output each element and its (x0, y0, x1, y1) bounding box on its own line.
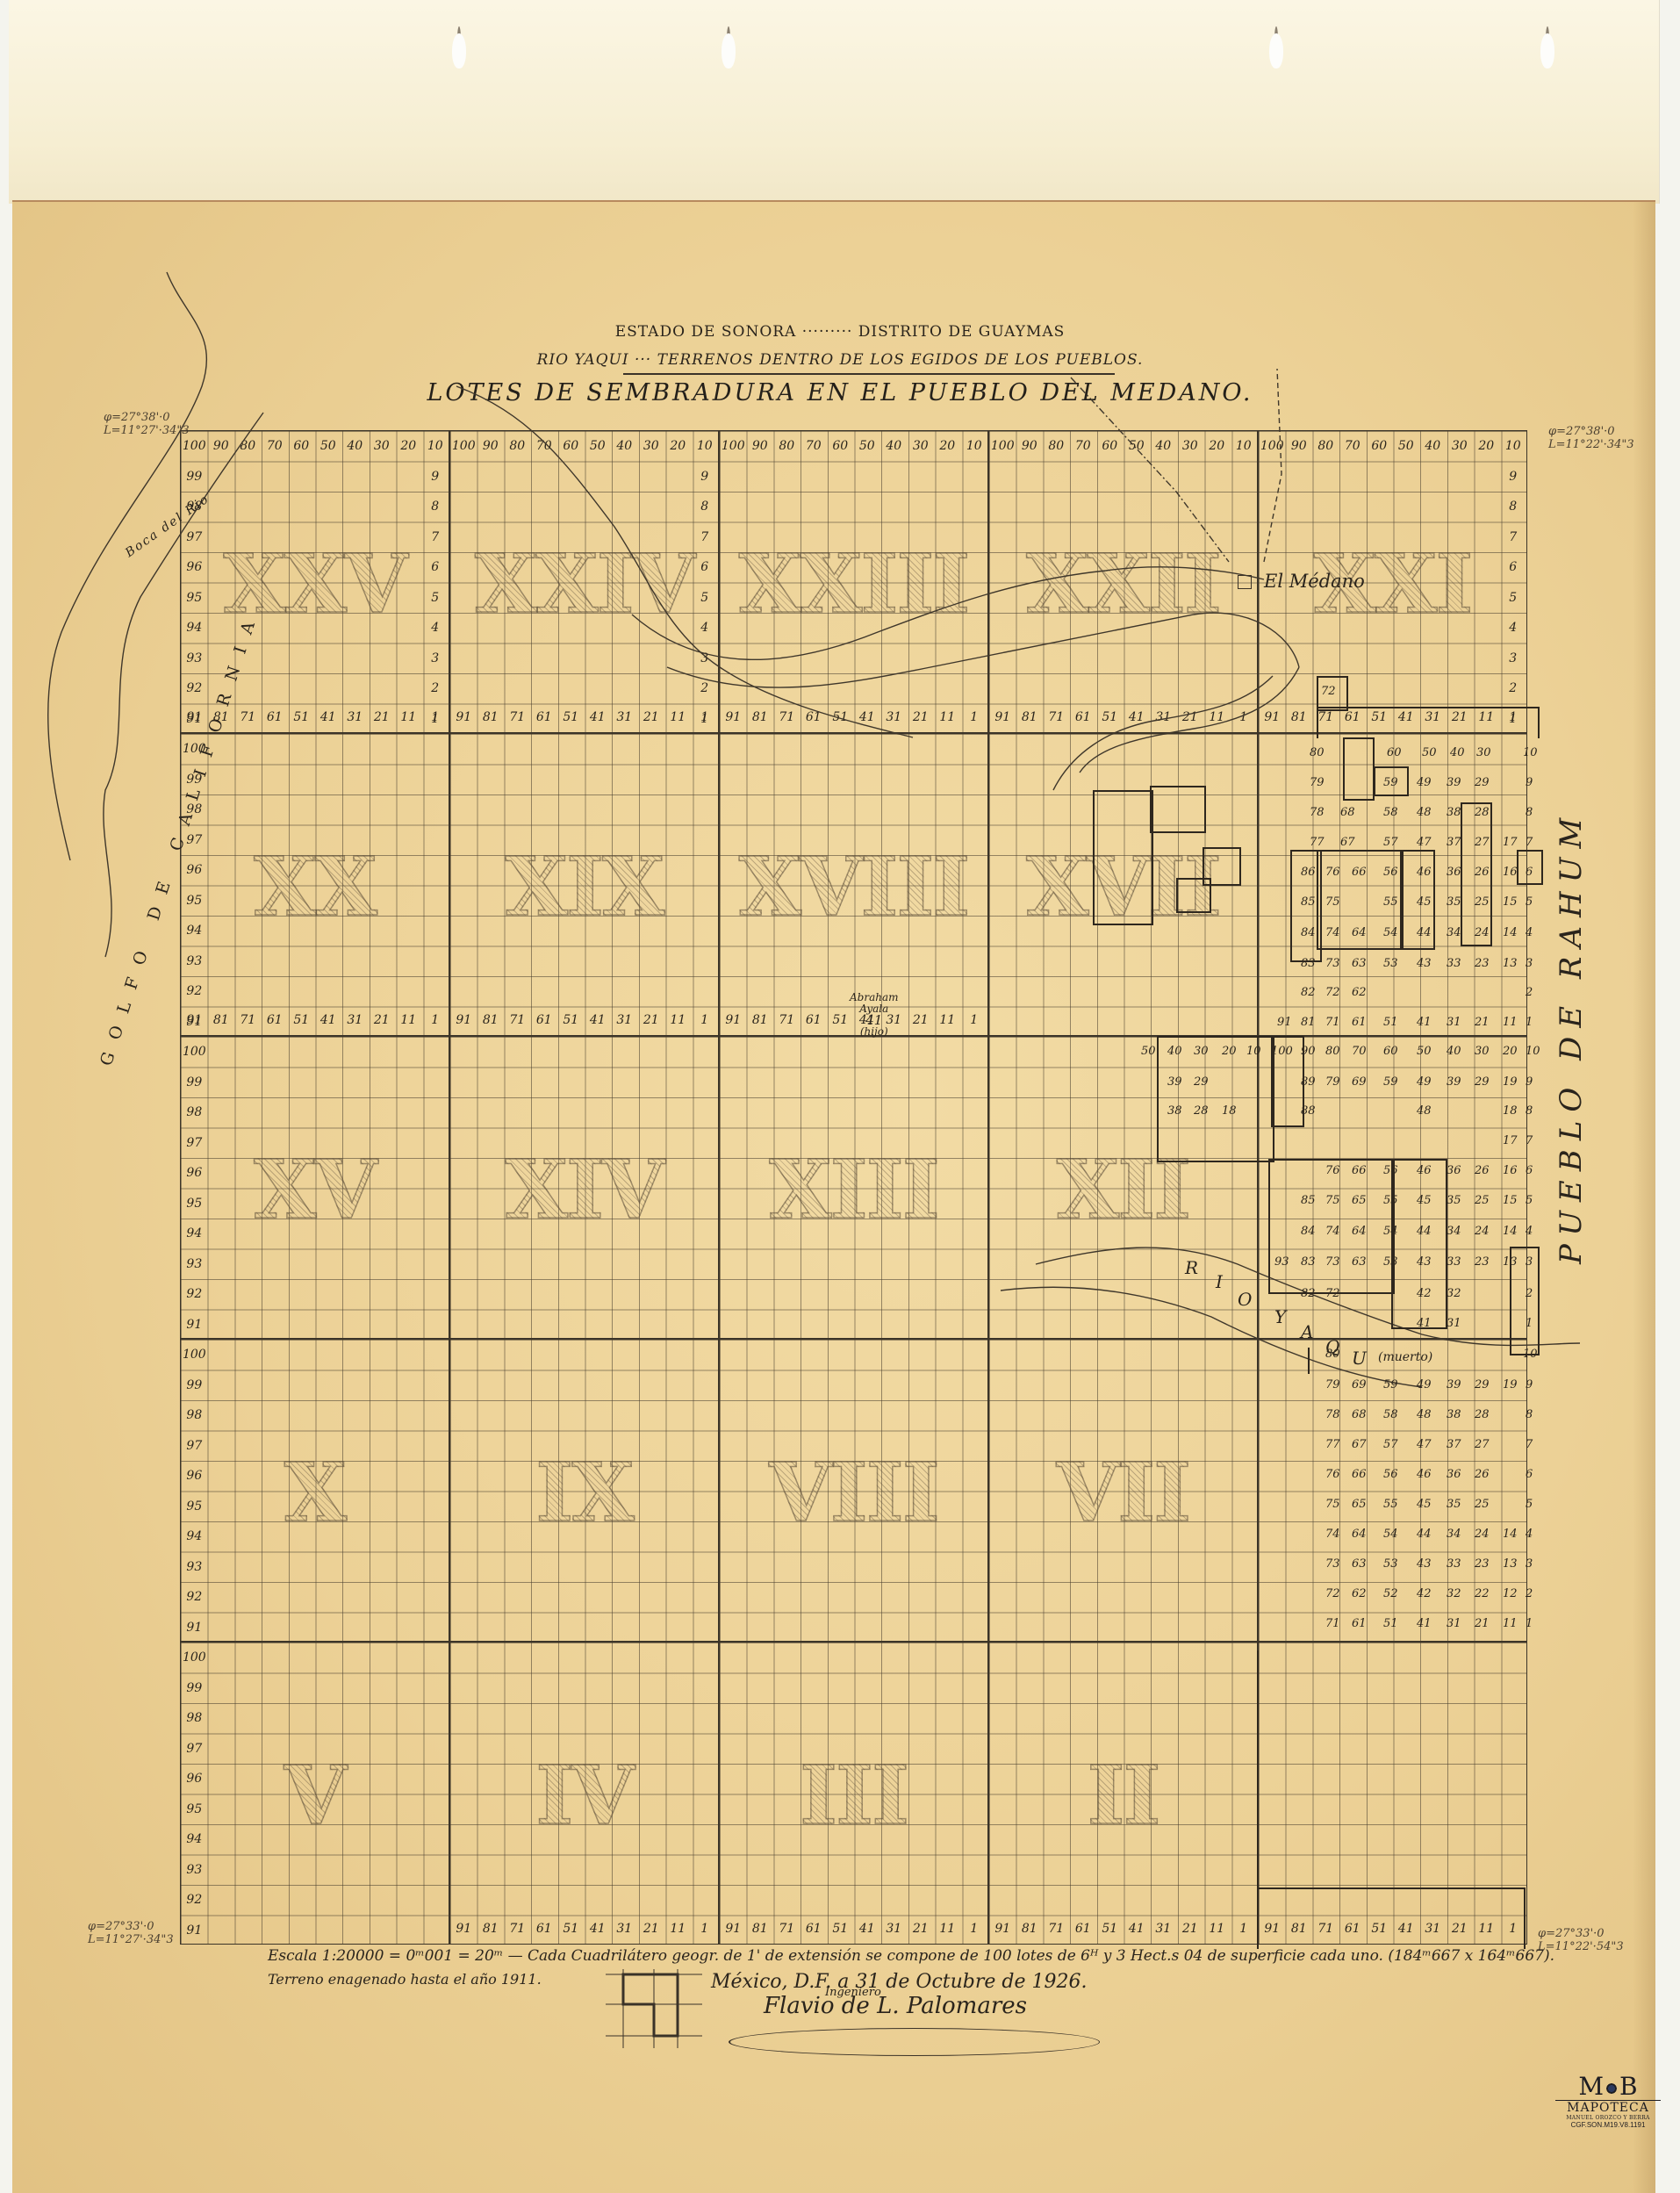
lot-number: 59 (1383, 1378, 1398, 1391)
column-label: 81 (1286, 702, 1313, 733)
lot-number: 76 (1325, 1468, 1340, 1481)
lot-number: 4 (1526, 1225, 1533, 1238)
column-label: 21 (369, 702, 396, 733)
lot-number: 12 (1503, 1587, 1518, 1600)
column-label: 91 (450, 702, 477, 733)
column-label: 81 (747, 702, 774, 733)
column-label: 31 (611, 702, 638, 733)
column-label: 41 (315, 1005, 342, 1036)
owned-lot-outline (1343, 737, 1375, 801)
binding-hole (1540, 33, 1554, 68)
archive-subname: MANUEL OROZCO Y BERRA (1555, 2115, 1661, 2121)
lot-number: 13 (1503, 957, 1518, 970)
column-label: 50 (1124, 431, 1151, 462)
block-footer-row: 9181716151413121111 (450, 1005, 718, 1036)
row-label: 91 (181, 1621, 208, 1635)
column-label: 70 (262, 431, 289, 462)
column-label: 31 (611, 1005, 638, 1036)
lot-number: 49 (1417, 776, 1432, 789)
lot-number: 11 (1503, 1016, 1518, 1029)
header-rule (623, 373, 1115, 375)
lot-number: 48 (1417, 1408, 1432, 1421)
block-footer-row: 9181716151413121111 (450, 1914, 718, 1945)
lot-number: 14 (1503, 1528, 1518, 1541)
lot-block: 1009080706050403020109181716151413121111… (988, 430, 1258, 733)
column-label: 60 (288, 431, 315, 462)
column-label: 90 (208, 431, 235, 462)
lot-number: 69 (1352, 1075, 1367, 1089)
lot-number: 24 (1475, 1225, 1490, 1238)
lot-number: 14 (1503, 926, 1518, 939)
block-roman-numeral: XXV (181, 536, 449, 631)
column-label: 80 (773, 431, 801, 462)
column-label: 91 (989, 702, 1016, 733)
lot-number: 64 (1352, 1528, 1367, 1541)
row-label: 99 (181, 1075, 208, 1089)
column-label: 41 (1124, 702, 1151, 733)
state-label: ESTADO DE SONORA (615, 323, 797, 341)
column-label: 41 (1124, 1914, 1151, 1945)
column-label: 40 (1150, 431, 1177, 462)
lot-number: 5 (1526, 1194, 1533, 1207)
lot-number: 39 (1447, 776, 1461, 789)
lot-number: 4 (1526, 926, 1533, 939)
column-label: 21 (638, 1914, 665, 1945)
lot-number: 25 (1475, 1498, 1490, 1511)
row-label: 100 (181, 1650, 208, 1665)
lot-number: 62 (1352, 1587, 1367, 1600)
row-label: 98 (181, 1105, 208, 1119)
column-label: 61 (531, 1914, 558, 1945)
lot-number: 36 (1447, 1164, 1461, 1177)
block-header-row: 100908070605040302010 (1259, 431, 1526, 462)
lot-number: 33 (1447, 1255, 1461, 1269)
lot-number: 24 (1475, 1528, 1490, 1541)
column-label: 61 (531, 1005, 558, 1036)
lot-number: 36 (1447, 1468, 1461, 1481)
row-label: 3 (1499, 651, 1526, 665)
block-roman-numeral: IV (450, 1748, 718, 1843)
lot-number: 81 (1301, 1016, 1316, 1029)
column-label: 20 (1473, 431, 1500, 462)
lot-number: 29 (1475, 1075, 1490, 1089)
column-label: 21 (638, 702, 665, 733)
column-label: 60 (1366, 431, 1393, 462)
row-label: 3 (421, 651, 449, 665)
lot-number: 57 (1383, 836, 1398, 849)
coord-bottom-left: φ=27°33'·0L=11°27'·34"3 (88, 1920, 174, 1946)
owned-lot-outline (1317, 850, 1404, 950)
column-label: 31 (341, 1005, 369, 1036)
lot-number: 16 (1503, 1164, 1518, 1177)
lot-number: 80 (1325, 1045, 1340, 1058)
column-label: 30 (638, 431, 665, 462)
column-label: 21 (1177, 702, 1204, 733)
row-label: 92 (181, 1287, 208, 1301)
column-label: 31 (880, 702, 908, 733)
block-roman-numeral: XVIII (720, 839, 987, 934)
column-label: 21 (369, 1005, 396, 1036)
lot-number: 16 (1503, 866, 1518, 879)
column-label: 31 (341, 702, 369, 733)
column-label: 71 (773, 702, 801, 733)
owned-lot-outline (1461, 802, 1492, 946)
lot-number: 82 (1301, 986, 1316, 999)
lot-block: VII (988, 1339, 1258, 1642)
column-label: 51 (1096, 702, 1124, 733)
row-label: 9 (1499, 470, 1526, 484)
lot-block: 100999897969594939291XV (180, 1036, 449, 1339)
block-roman-numeral: III (720, 1748, 987, 1843)
column-label: 40 (880, 431, 908, 462)
lot-number: 8 (1526, 1104, 1533, 1118)
lot-block: 9181716151413121111XIX (449, 733, 719, 1036)
block-roman-numeral: X (181, 1445, 449, 1540)
row-label: 1 (691, 712, 718, 726)
row-label: 99 (181, 1681, 208, 1695)
lot-number: 26 (1475, 1468, 1490, 1481)
lot-number: 79 (1325, 1075, 1340, 1089)
column-label: 40 (341, 431, 369, 462)
lot-number: 21 (1475, 1617, 1490, 1630)
owned-lot-outline (1093, 790, 1153, 925)
row-label: 2 (421, 681, 449, 695)
column-label: 50 (585, 431, 612, 462)
lot-number: 46 (1417, 1468, 1432, 1481)
column-label: 80 (1312, 431, 1339, 462)
map-title: LOTES DE SEMBRADURA EN EL PUEBLO DEL MED… (0, 379, 1680, 406)
lot-number: 15 (1503, 1194, 1518, 1207)
lot-number: 60 (1387, 746, 1402, 759)
lot-number: 1 (1526, 1016, 1533, 1029)
column-label: 91 (720, 702, 747, 733)
column-label: 51 (557, 1005, 585, 1036)
lot-block: IX (449, 1339, 719, 1642)
column-label: 61 (801, 702, 828, 733)
lot-number: 21 (1475, 1016, 1490, 1029)
lot-number: 74 (1325, 1528, 1340, 1541)
owned-lot-outline (1150, 786, 1206, 833)
owned-lot-outline (1517, 850, 1543, 885)
column-label: 81 (1016, 1914, 1044, 1945)
row-label: 91 (181, 1318, 208, 1332)
column-label: 70 (801, 431, 828, 462)
lot-number: 49 (1417, 1075, 1432, 1089)
column-label: 50 (315, 431, 342, 462)
lot-number: 40 (1447, 1045, 1461, 1058)
column-label: 30 (908, 431, 935, 462)
column-label: 1 (1231, 1914, 1258, 1945)
column-label: 81 (477, 702, 505, 733)
lot-number: 34 (1447, 1528, 1461, 1541)
lot-number: 38 (1447, 806, 1461, 819)
block-header-row: 100908070605040302010 (181, 431, 449, 462)
rio-letter: A (1301, 1321, 1313, 1342)
lot-number: 31 (1447, 1617, 1461, 1630)
scale-note: Escala 1:20000 = 0ᵐ001 = 20ᵐ — Cada Cuad… (268, 1947, 1554, 1965)
lot-number: 7 (1526, 1134, 1533, 1147)
block-header-row: 100908070605040302010 (720, 431, 987, 462)
lot-number: 50 (1141, 1045, 1156, 1058)
column-label: 60 (1096, 431, 1124, 462)
lot-number: 35 (1447, 1498, 1461, 1511)
block-roman-numeral: XIII (720, 1142, 987, 1237)
column-label: 41 (585, 702, 612, 733)
column-label: 71 (504, 1914, 531, 1945)
column-label: 20 (395, 431, 422, 462)
column-label: 100 (450, 431, 477, 462)
column-label: 1 (961, 1914, 988, 1945)
column-label: 80 (504, 431, 531, 462)
column-label: 11 (395, 702, 422, 733)
lot-number: 67 (1340, 836, 1355, 849)
logo-mark: MB (1555, 2074, 1661, 2100)
rio-letter: Y (1274, 1306, 1286, 1327)
block-roman-numeral: XXIV (450, 536, 718, 631)
mapoteca-logo: MB MAPOTECA MANUEL OROZCO Y BERRA CGF.SO… (1555, 2074, 1661, 2129)
block-roman-numeral: V (181, 1748, 449, 1843)
lot-number: 7 (1526, 836, 1533, 849)
column-label: 50 (1393, 431, 1420, 462)
column-label: 90 (1286, 431, 1313, 462)
lot-number: 34 (1447, 926, 1461, 939)
column-label: 21 (908, 1914, 935, 1945)
abraham-ayala-note: AbrahamAyala 41(hijo) (850, 992, 899, 1038)
column-label: 1 (961, 702, 988, 733)
owned-lot-outline (1271, 1036, 1304, 1127)
lot-number: 41 (1417, 1617, 1432, 1630)
row-label: 93 (181, 954, 208, 968)
coord-top-left: φ=27°38'·0L=11°27'·34"3 (104, 411, 190, 437)
lot-number: 4 (1526, 1528, 1533, 1541)
lot-number: 17 (1503, 1134, 1518, 1147)
lot-number: 29 (1475, 1378, 1490, 1391)
column-label: 71 (773, 1005, 801, 1036)
lot-number: 78 (1310, 806, 1325, 819)
row-label: 91 (181, 1015, 208, 1029)
block-footer-row: 9181716151413121111 (720, 702, 987, 733)
block-roman-numeral: II (989, 1748, 1257, 1843)
column-label: 1 (961, 1005, 988, 1036)
column-label: 91 (989, 1914, 1016, 1945)
lot-number: 34 (1447, 1225, 1461, 1238)
lot-number: 23 (1475, 957, 1490, 970)
column-label: 41 (585, 1914, 612, 1945)
block-roman-numeral: XIV (450, 1142, 718, 1237)
block-footer-row: 9181716151413121111 (989, 1914, 1257, 1945)
column-label: 1 (692, 1005, 719, 1036)
lot-number: 2 (1526, 1587, 1533, 1600)
column-label: 90 (477, 431, 505, 462)
row-label: 2 (691, 681, 718, 695)
row-label: 93 (181, 1863, 208, 1877)
lot-number: 31 (1447, 1317, 1461, 1330)
archive-name: MAPOTECA (1555, 2100, 1661, 2115)
column-label: 11 (934, 702, 961, 733)
owned-lot-outline (1400, 850, 1435, 950)
place-date: México, D.F. a 31 de Octubre de 1926. (711, 1971, 1087, 1993)
lot-block: 9181716151413121111IV (449, 1642, 719, 1945)
lot-number: 71 (1325, 1016, 1340, 1029)
column-label: 61 (1070, 1914, 1097, 1945)
column-label: 11 (664, 702, 692, 733)
owned-lot-outline (1257, 1887, 1526, 1949)
terreno-note: Terreno enagenado hasta el año 1911. (268, 1971, 542, 1988)
lot-number: 26 (1475, 1164, 1490, 1177)
column-label: 70 (1339, 431, 1367, 462)
legend-sketch-icon (606, 1969, 702, 2048)
header-line-1: ESTADO DE SONORA ········· DISTRITO DE G… (0, 323, 1680, 341)
row-label: 93 (181, 651, 208, 665)
lot-number: 61 (1352, 1617, 1367, 1630)
lot-number: 23 (1475, 1255, 1490, 1269)
el-medano-marker-icon (1238, 575, 1252, 589)
column-label: 11 (395, 1005, 422, 1036)
lot-number: 5 (1526, 1498, 1533, 1511)
column-label: 100 (989, 431, 1016, 462)
block-roman-numeral: XXIII (720, 536, 987, 631)
lot-number: 72 (1325, 1587, 1340, 1600)
header-line-2: RIO YAQUI ··· TERRENOS DENTRO DE LOS EGI… (0, 351, 1680, 369)
lot-number: 71 (1325, 1617, 1340, 1630)
column-label: 21 (908, 702, 935, 733)
column-label: 31 (611, 1914, 638, 1945)
row-label: 91 (181, 712, 208, 726)
column-label: 51 (827, 1914, 854, 1945)
column-label: 61 (262, 1005, 289, 1036)
column-label: 60 (557, 431, 585, 462)
paper-binding-strip (9, 0, 1660, 204)
row-label: 98 (181, 1408, 208, 1422)
row-label: 3 (691, 651, 718, 665)
column-label: 50 (854, 431, 881, 462)
column-label: 20 (1203, 431, 1231, 462)
lot-number: 3 (1526, 957, 1533, 970)
row-label: 2 (1499, 681, 1526, 695)
lot-number: 7 (1526, 1438, 1533, 1451)
owned-lot-outline (1268, 1159, 1395, 1294)
column-label: 80 (234, 431, 262, 462)
column-label: 60 (827, 431, 854, 462)
block-header-row: 100908070605040302010 (989, 431, 1257, 462)
rio-letter: R (1185, 1257, 1198, 1278)
row-label: 8 (1499, 500, 1526, 514)
column-label: 31 (880, 1914, 908, 1945)
column-label: 81 (747, 1914, 774, 1945)
lot-number: 77 (1310, 836, 1325, 849)
lot-number: 22 (1475, 1587, 1490, 1600)
column-label: 11 (934, 1914, 961, 1945)
column-label: 81 (477, 1005, 505, 1036)
lot-number: 78 (1325, 1408, 1340, 1421)
row-label: 1 (421, 712, 449, 726)
lot-number: 23 (1475, 1557, 1490, 1571)
block-header-row: 100908070605040302010 (450, 431, 718, 462)
column-label: 61 (1070, 702, 1097, 733)
lot-number: 33 (1447, 957, 1461, 970)
archive-code: CGF.SON.M19.V8.1191 (1555, 2121, 1661, 2129)
column-label: 51 (288, 1005, 315, 1036)
lot-number: 63 (1352, 957, 1367, 970)
column-label: 21 (1177, 1914, 1204, 1945)
column-label: 61 (801, 1914, 828, 1945)
column-label: 11 (1203, 702, 1231, 733)
row-label: 9 (691, 470, 718, 484)
lot-number: 44 (1417, 1528, 1432, 1541)
lot-number: 54 (1383, 1528, 1398, 1541)
coord-top-right: φ=27°38'·0L=11°22'·34"3 (1548, 425, 1634, 451)
lot-number: 29 (1475, 776, 1490, 789)
lot-number: 43 (1417, 1557, 1432, 1571)
column-label: 40 (1419, 431, 1447, 462)
lot-block: XIV (449, 1036, 719, 1339)
lot-number: 50 (1417, 1045, 1432, 1058)
lot-number: 72 (1325, 986, 1340, 999)
column-label: 90 (1016, 431, 1044, 462)
owned-lot-outline (1203, 847, 1241, 886)
lot-number: 58 (1383, 1408, 1398, 1421)
column-label: 91 (450, 1005, 477, 1036)
column-label: 71 (504, 702, 531, 733)
owned-lot-outline (1317, 676, 1348, 711)
row-label: 8 (421, 500, 449, 514)
lot-number: 56 (1383, 1468, 1398, 1481)
lot-number: 52 (1383, 1587, 1398, 1600)
lot-number: 79 (1310, 776, 1325, 789)
lot-number: 10 (1523, 746, 1538, 759)
column-label: 61 (801, 1005, 828, 1036)
row-label: 92 (181, 1590, 208, 1604)
block-roman-numeral: VIII (720, 1445, 987, 1540)
column-label: 100 (720, 431, 747, 462)
lot-number: 65 (1352, 1498, 1367, 1511)
column-label: 91 (720, 1005, 747, 1036)
column-label: 71 (234, 702, 262, 733)
lot-number: 8 (1526, 1408, 1533, 1421)
lot-number: 73 (1325, 1557, 1340, 1571)
column-label: 80 (1043, 431, 1070, 462)
pueblo-rahum-label: PUEBLO DE RAHUM (1554, 809, 1589, 1264)
lot-block: XIII (719, 1036, 988, 1339)
lot-number: 32 (1447, 1587, 1461, 1600)
district-label: DISTRITO DE GUAYMAS (858, 323, 1066, 341)
block-roman-numeral: XXII (989, 536, 1257, 631)
lot-number: 68 (1340, 806, 1355, 819)
lot-number: 59 (1383, 1075, 1398, 1089)
lot-number: 79 (1325, 1378, 1340, 1391)
compass-rose-icon (1604, 2081, 1619, 2096)
owned-lot-outline (1374, 766, 1409, 796)
lot-number: 11 (1503, 1617, 1518, 1630)
lot-number: 77 (1325, 1438, 1340, 1451)
lot-block: 9181716151413121111III (719, 1642, 988, 1945)
column-label: 90 (747, 431, 774, 462)
lot-number: 45 (1417, 1498, 1432, 1511)
lot-block: 1009080706050403020109181716151413121111… (719, 430, 988, 733)
lot-number: 49 (1417, 1378, 1432, 1391)
block-footer-row: 9181716151413121111 (989, 702, 1257, 733)
column-label: 21 (908, 1005, 935, 1036)
block-roman-numeral: XIX (450, 839, 718, 934)
block-roman-numeral: XX (181, 839, 449, 934)
lot-number: 35 (1447, 895, 1461, 909)
owned-lot-outline (1510, 1247, 1540, 1355)
lot-number: 5 (1526, 895, 1533, 909)
column-label: 70 (531, 431, 558, 462)
lot-number: 13 (1503, 1557, 1518, 1571)
column-label: 41 (854, 1914, 881, 1945)
lot-number: 19 (1503, 1378, 1518, 1391)
